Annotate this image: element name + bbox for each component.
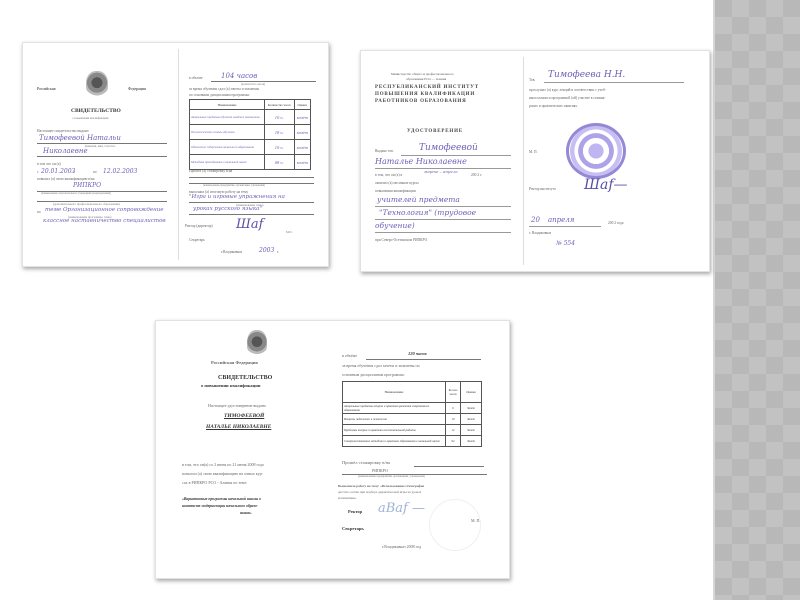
table-cell-grade: зачёт bbox=[294, 155, 310, 170]
table-cell-hours: 6 bbox=[446, 403, 461, 414]
table-row: Актуальные проблемы теории и практики ра… bbox=[343, 403, 482, 414]
subjects-table: Наименование Кол-во часов Оценка Актуаль… bbox=[342, 381, 482, 447]
course-line-2: "Технология" (трудовое bbox=[379, 209, 476, 217]
certificate-1-right-page: в объеме 104 часов (количество часов) за… bbox=[181, 43, 328, 266]
table-cell-grade: Зачет bbox=[461, 425, 482, 436]
recipient-given-names: НАТАЛЬЕ НИКОЛАЕВНЕ bbox=[206, 425, 271, 431]
work-line-2: уроках русского языка" bbox=[193, 207, 262, 213]
that-label: в том что он (а) bbox=[37, 163, 61, 167]
certificate-scan-2: Министерство общего и профессионального … bbox=[360, 50, 710, 272]
table-cell-name: Совершенствование методики и практики об… bbox=[343, 436, 446, 447]
institution: РИПКРО bbox=[73, 183, 101, 189]
table-cell-hours: 10 ч. bbox=[265, 140, 295, 155]
table-cell-hours: 18 ч. bbox=[265, 125, 295, 140]
program-line-1: теме Организационное сопровождение bbox=[45, 208, 164, 214]
table-cell-grade: зачёт bbox=[294, 125, 310, 140]
certificate-scan-1: Российская Федерация СВИДЕТЕЛЬСТВО о пов… bbox=[22, 42, 329, 267]
rector-signature: Шаf— bbox=[584, 177, 628, 193]
table-cell-name: Актуальные проблемы теории и практики ра… bbox=[343, 403, 446, 414]
course-line-3: обучение) bbox=[375, 222, 415, 230]
certificate-1-left-page: Российская Федерация СВИДЕТЕЛЬСТВО о пов… bbox=[23, 43, 178, 266]
program-line-2: классное наставничество специалистов bbox=[43, 219, 166, 225]
table-row: Психологические основы обучения18 ч.зачё… bbox=[190, 125, 311, 140]
name-caption: фамилия, имя, отчество bbox=[85, 145, 115, 148]
course-line-1: учителей предмета bbox=[377, 196, 460, 204]
certificate-title: СВИДЕТЕЛЬСТВО bbox=[218, 375, 272, 381]
subjects-table: Наименование Количество часов Оценка Акт… bbox=[189, 99, 311, 170]
table-row: Обновление содержания начального образов… bbox=[190, 140, 311, 155]
table-row: Методика преподавания в начальной школе0… bbox=[190, 155, 311, 170]
certificate-3-right-page: в объёме 120 часов за время обучения сда… bbox=[334, 321, 509, 578]
table-cell-grade: Зачет bbox=[461, 436, 482, 447]
table-cell-grade: Зачет bbox=[461, 414, 482, 425]
table-row: Проблемы теории и практики воспитательно… bbox=[343, 425, 482, 436]
eagle-emblem-icon bbox=[247, 330, 267, 356]
emblem-left-text: Российская bbox=[37, 88, 56, 92]
table-cell-grade: зачёт bbox=[294, 110, 310, 125]
table-row: Актуальные проблемы обучения младших шко… bbox=[190, 110, 311, 125]
certificate-2-right-page: Тов. Тимофеева Н.Н. прослушал (а) курс л… bbox=[526, 51, 709, 271]
name-line-2: Наталье Николаевне bbox=[375, 158, 467, 166]
name-line-1: Тимофеевой Натальи bbox=[39, 135, 121, 142]
institute-line-1: РЕСПУБЛИКАНСКИЙ ИНСТИТУТ bbox=[375, 85, 479, 90]
topic-line-1: «Вариативные программы начальной школы в bbox=[182, 498, 261, 502]
volume-value: 104 часов bbox=[221, 73, 257, 80]
recipient-surname: ТИМОФЕЕВОЙ bbox=[224, 414, 264, 420]
rector-signature: aВaf — bbox=[378, 501, 425, 516]
table-cell-name: Актуальные проблемы обучения младших шко… bbox=[190, 110, 265, 125]
program-caption: (дополнительного профессионального образ… bbox=[53, 203, 120, 206]
table-cell-name: Методика преподавания в начальной школе bbox=[190, 155, 265, 170]
table-cell-hours: 08 ч. bbox=[265, 155, 295, 170]
table-cell-hours: 92 bbox=[446, 436, 461, 447]
table-cell-grade: зачёт bbox=[294, 140, 310, 155]
certificate-subtitle: о повышении квалификации bbox=[72, 117, 108, 120]
eagle-emblem-icon bbox=[86, 71, 108, 97]
work-line-1: "Игра и игровые упражнения на bbox=[189, 195, 285, 201]
table-cell-hours: 12 bbox=[446, 425, 461, 436]
name-short: Тимофеева Н.Н. bbox=[548, 71, 625, 80]
table-cell-hours: 10 bbox=[446, 414, 461, 425]
table-cell-name: Проблемы теории и практики воспитательно… bbox=[343, 425, 446, 436]
table-cell-name: Психологические основы обучения bbox=[190, 125, 265, 140]
certificate-title: УДОСТОВЕРЕНИЕ bbox=[407, 129, 463, 134]
table-row: Вопросы педагогики и психологии10Зачет bbox=[343, 414, 482, 425]
round-stamp-icon bbox=[566, 123, 626, 179]
to-date: 12.02.2003 bbox=[103, 169, 137, 175]
from-date: 20.01.2003 bbox=[41, 169, 75, 175]
round-stamp-icon bbox=[429, 499, 481, 551]
emblem-right-text: Федерация bbox=[128, 88, 146, 92]
table-cell-name: Обновление содержания начального образов… bbox=[190, 140, 265, 155]
institution-caption: (наименование образовательного учреждени… bbox=[41, 193, 111, 196]
certificate-scan-3: Российская Федерация СВИДЕТЕЛЬСТВО о пов… bbox=[155, 320, 510, 579]
table-cell-grade: Зачет bbox=[461, 403, 482, 414]
table-cell-name: Вопросы педагогики и психологии bbox=[343, 414, 446, 425]
volume-value: 120 часов bbox=[408, 352, 427, 357]
certificate-number: № 554 bbox=[556, 241, 575, 247]
name-line-1: Тимофеевой bbox=[419, 144, 478, 153]
table-row: Совершенствование методики и практики об… bbox=[343, 436, 482, 447]
rector-signature: Шаf bbox=[236, 217, 263, 232]
certificate-3-left-page: Российская Федерация СВИДЕТЕЛЬСТВО о пов… bbox=[156, 321, 331, 578]
certificate-title: СВИДЕТЕЛЬСТВО bbox=[71, 109, 121, 115]
decorative-diamond-strip bbox=[713, 0, 800, 600]
certificate-2-left-page: Министерство общего и профессионального … bbox=[361, 51, 521, 271]
table-cell-hours: 10 ч. bbox=[265, 110, 295, 125]
name-line-2: Николаевне bbox=[43, 148, 88, 155]
